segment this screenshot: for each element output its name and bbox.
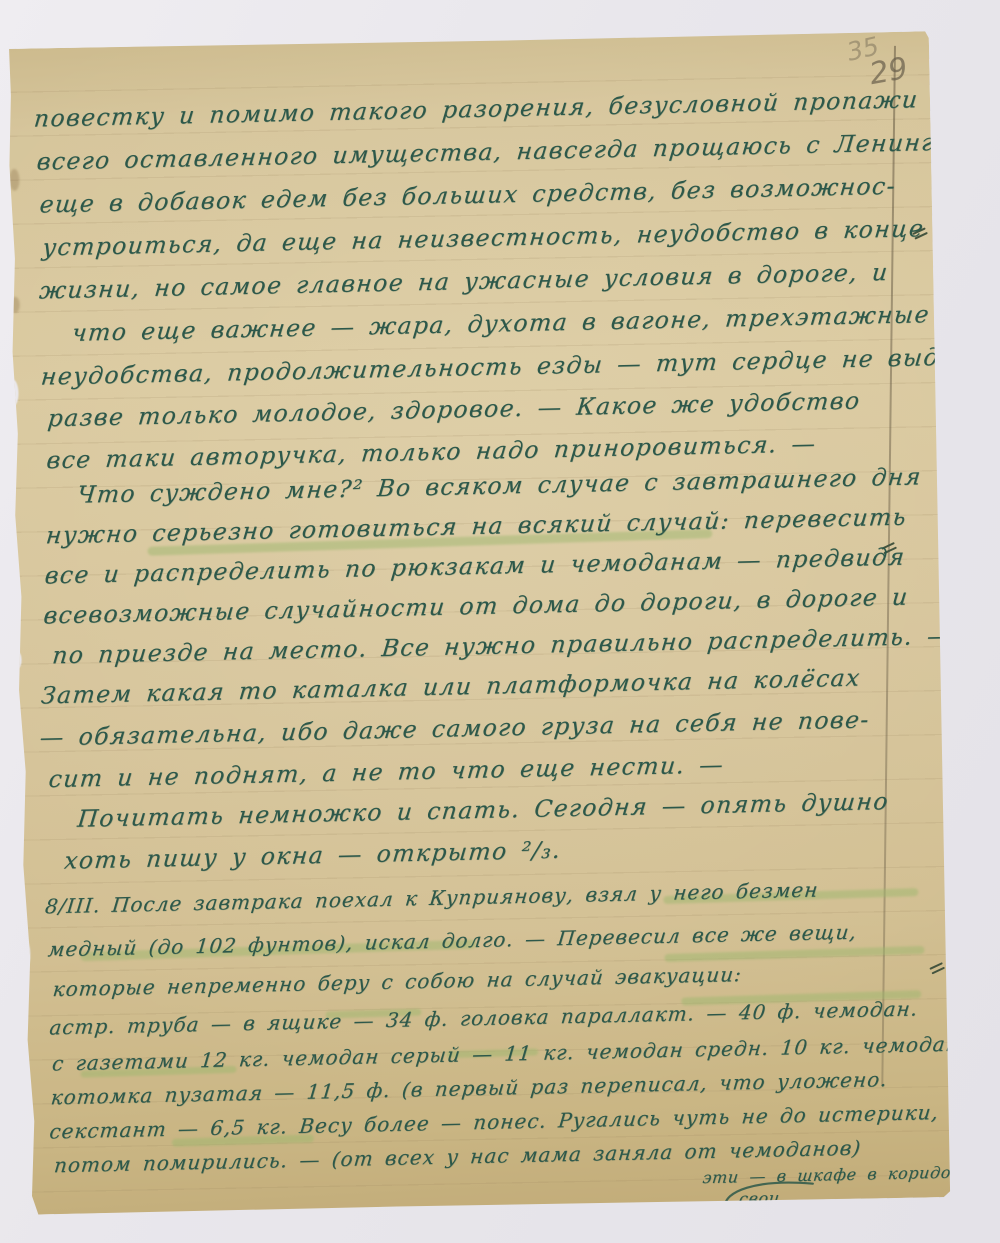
worn-edge-chip — [12, 651, 21, 669]
edge-stain — [11, 297, 20, 313]
worn-edge-chip — [6, 379, 19, 407]
annotation-flourish — [717, 1177, 848, 1239]
photo-backdrop: 35 29 повестку и помимо такого разорения… — [0, 0, 1000, 1243]
edge-stain — [9, 169, 19, 191]
manuscript-page: 35 29 повестку и помимо такого разорения… — [5, 31, 951, 1215]
worn-edge-chip — [16, 937, 31, 971]
